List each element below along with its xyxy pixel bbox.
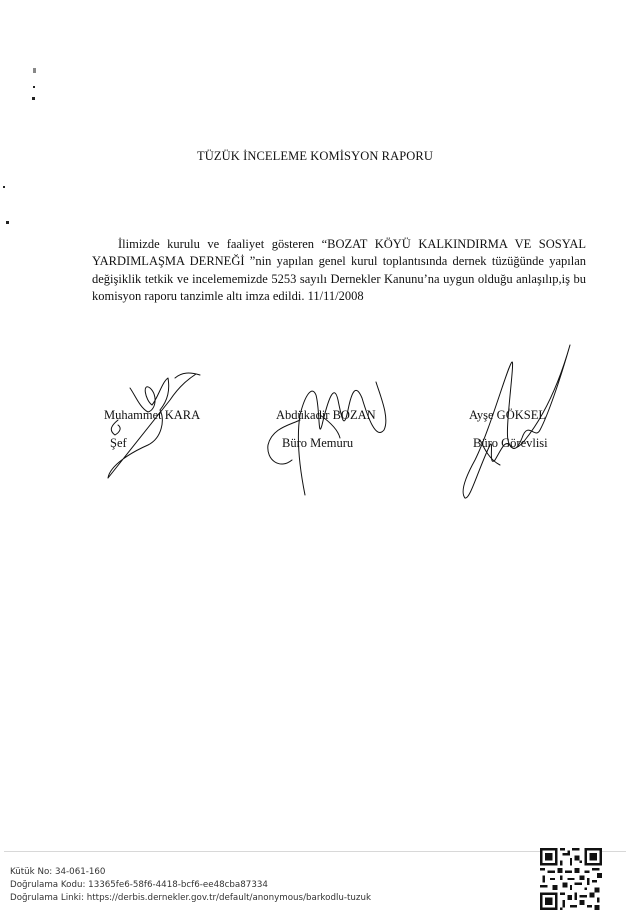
report-text: İlimizde kurulu ve faaliyet gösteren “BO… [92, 237, 586, 303]
verification-footer: Kütük No: 34-061-160 Doğrulama Kodu: 133… [10, 866, 371, 905]
signatory-title-3: Büro Görevlisi [473, 436, 548, 451]
scan-artifact [33, 86, 35, 88]
signatory-name-3: Ayşe GÖKSEL [469, 408, 546, 423]
footer-separator [4, 851, 626, 852]
scan-artifact [32, 97, 35, 100]
scan-artifact [3, 186, 5, 188]
verification-code: Doğrulama Kodu: 13365fe6-58f6-4418-bcf6-… [10, 879, 371, 892]
handwritten-signatures [0, 0, 630, 916]
kutuk-no: Kütük No: 34-061-160 [10, 866, 371, 879]
signatory-name-1: Muhammet KARA [104, 408, 200, 423]
report-body: İlimizde kurulu ve faaliyet gösteren “BO… [92, 236, 586, 306]
scan-artifact [6, 221, 9, 224]
scan-artifact [33, 68, 36, 73]
qr-code-icon [540, 848, 602, 910]
signatory-name-2: Abdükadir BOZAN [276, 408, 376, 423]
document-title: TÜZÜK İNCELEME KOMİSYON RAPORU [0, 149, 630, 164]
verification-link[interactable]: Doğrulama Linki: https://derbis.dernekle… [10, 892, 371, 905]
signatory-title-1: Şef [110, 436, 127, 451]
signatory-title-2: Büro Memuru [282, 436, 353, 451]
signature-1 [108, 373, 200, 478]
